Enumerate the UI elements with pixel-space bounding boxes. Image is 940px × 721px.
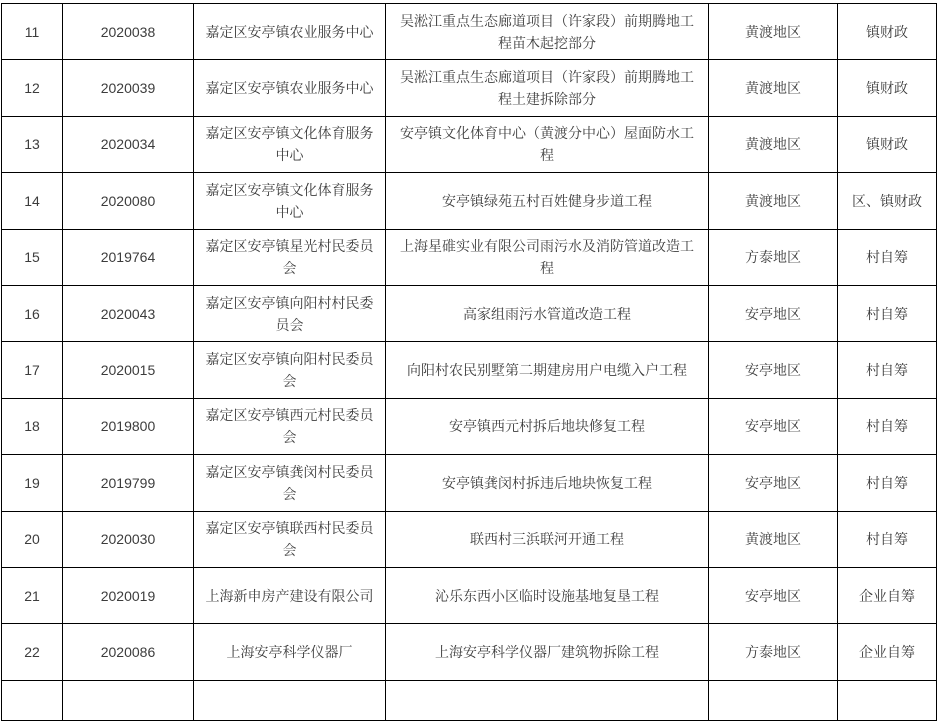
unit-name-cell: 嘉定区安亭镇向阳村民委员会	[194, 342, 386, 398]
project-code-cell: 2020030	[63, 511, 194, 567]
table-row-partial	[2, 680, 937, 684]
funding-source-cell: 企业自筹	[838, 624, 937, 680]
area-cell: 黄渡地区	[709, 60, 838, 116]
project-code-cell: 2020086	[63, 624, 194, 680]
table-row: 142020080嘉定区安亭镇文化体育服务中心安亭镇绿苑五村百姓健身步道工程黄渡…	[2, 173, 937, 229]
table-row: 202020030嘉定区安亭镇联西村民委员会联西村三浜联河开通工程黄渡地区村自筹	[2, 511, 937, 567]
table-row: 212020019上海新申房产建设有限公司沁乐东西小区临时设施基地复垦工程安亭地…	[2, 567, 937, 623]
project-name-cell: 安亭镇绿苑五村百姓健身步道工程	[386, 173, 709, 229]
project-code-cell: 2019799	[63, 455, 194, 511]
project-name-cell: 吴淞江重点生态廊道项目（许家段）前期腾地工程土建拆除部分	[386, 60, 709, 116]
area-cell: 黄渡地区	[709, 173, 838, 229]
project-name-cell: 安亭镇文化体育中心（黄渡分中心）屋面防水工程	[386, 116, 709, 172]
area-cell: 方泰地区	[709, 624, 838, 680]
unit-name-cell: 嘉定区安亭镇龚闵村民委员会	[194, 455, 386, 511]
funding-source-cell: 村自筹	[838, 511, 937, 567]
area-cell: 黄渡地区	[709, 116, 838, 172]
project-name-cell: 吴淞江重点生态廊道项目（许家段）前期腾地工程苗木起挖部分	[386, 4, 709, 60]
project-name-cell: 上海安亭科学仪器厂建筑物拆除工程	[386, 624, 709, 680]
project-code-cell: 2020043	[63, 285, 194, 341]
row-index-cell: 19	[2, 455, 63, 511]
area-cell	[709, 680, 838, 684]
project-code-cell: 2019800	[63, 398, 194, 454]
funding-source-cell: 村自筹	[838, 285, 937, 341]
funding-source-cell: 村自筹	[838, 229, 937, 285]
table-row: 182019800嘉定区安亭镇西元村民委员会安亭镇西元村拆后地块修复工程安亭地区…	[2, 398, 937, 454]
funding-source-cell: 镇财政	[838, 60, 937, 116]
table-row: 172020015嘉定区安亭镇向阳村民委员会向阳村农民别墅第二期建房用户电缆入户…	[2, 342, 937, 398]
unit-name-cell: 嘉定区安亭镇向阳村村民委员会	[194, 285, 386, 341]
project-name-cell: 沁乐东西小区临时设施基地复垦工程	[386, 567, 709, 623]
project-code-cell: 2020039	[63, 60, 194, 116]
unit-name-cell: 嘉定区安亭镇农业服务中心	[194, 60, 386, 116]
projects-table: 112020038嘉定区安亭镇农业服务中心吴淞江重点生态廊道项目（许家段）前期腾…	[1, 3, 937, 684]
funding-source-cell: 镇财政	[838, 4, 937, 60]
unit-name-cell	[194, 680, 386, 684]
row-index-cell	[2, 680, 63, 684]
area-cell: 黄渡地区	[709, 4, 838, 60]
row-index-cell: 11	[2, 4, 63, 60]
row-index-cell: 12	[2, 60, 63, 116]
funding-source-cell	[838, 680, 937, 684]
funding-source-cell: 村自筹	[838, 342, 937, 398]
funding-source-cell: 企业自筹	[838, 567, 937, 623]
area-cell: 安亭地区	[709, 398, 838, 454]
unit-name-cell: 嘉定区安亭镇农业服务中心	[194, 4, 386, 60]
area-cell: 安亭地区	[709, 342, 838, 398]
table-row: 162020043嘉定区安亭镇向阳村村民委员会高家组雨污水管道改造工程安亭地区村…	[2, 285, 937, 341]
table-row: 152019764嘉定区安亭镇星光村民委员会上海星碓实业有限公司雨污水及消防管道…	[2, 229, 937, 285]
table-row: 112020038嘉定区安亭镇农业服务中心吴淞江重点生态廊道项目（许家段）前期腾…	[2, 4, 937, 60]
project-name-cell: 高家组雨污水管道改造工程	[386, 285, 709, 341]
unit-name-cell: 上海新申房产建设有限公司	[194, 567, 386, 623]
table-row: 132020034嘉定区安亭镇文化体育服务中心安亭镇文化体育中心（黄渡分中心）屋…	[2, 116, 937, 172]
area-cell: 方泰地区	[709, 229, 838, 285]
row-index-cell: 15	[2, 229, 63, 285]
table-row: 122020039嘉定区安亭镇农业服务中心吴淞江重点生态廊道项目（许家段）前期腾…	[2, 60, 937, 116]
unit-name-cell: 嘉定区安亭镇西元村民委员会	[194, 398, 386, 454]
projects-table-container: 112020038嘉定区安亭镇农业服务中心吴淞江重点生态廊道项目（许家段）前期腾…	[1, 3, 937, 684]
row-index-cell: 20	[2, 511, 63, 567]
unit-name-cell: 嘉定区安亭镇联西村民委员会	[194, 511, 386, 567]
project-code-cell: 2020019	[63, 567, 194, 623]
row-index-cell: 16	[2, 285, 63, 341]
project-code-cell	[63, 680, 194, 684]
row-index-cell: 13	[2, 116, 63, 172]
row-index-cell: 17	[2, 342, 63, 398]
unit-name-cell: 嘉定区安亭镇文化体育服务中心	[194, 173, 386, 229]
project-name-cell: 安亭镇西元村拆后地块修复工程	[386, 398, 709, 454]
area-cell: 安亭地区	[709, 455, 838, 511]
table-row: 192019799嘉定区安亭镇龚闵村民委员会安亭镇龚闵村拆违后地块恢复工程安亭地…	[2, 455, 937, 511]
project-code-cell: 2019764	[63, 229, 194, 285]
funding-source-cell: 镇财政	[838, 116, 937, 172]
area-cell: 安亭地区	[709, 567, 838, 623]
row-index-cell: 21	[2, 567, 63, 623]
area-cell: 安亭地区	[709, 285, 838, 341]
project-name-cell	[386, 680, 709, 684]
unit-name-cell: 上海安亭科学仪器厂	[194, 624, 386, 680]
row-index-cell: 22	[2, 624, 63, 680]
funding-source-cell: 区、镇财政	[838, 173, 937, 229]
project-name-cell: 向阳村农民别墅第二期建房用户电缆入户工程	[386, 342, 709, 398]
unit-name-cell: 嘉定区安亭镇星光村民委员会	[194, 229, 386, 285]
project-code-cell: 2020034	[63, 116, 194, 172]
funding-source-cell: 村自筹	[838, 455, 937, 511]
projects-table-body: 112020038嘉定区安亭镇农业服务中心吴淞江重点生态廊道项目（许家段）前期腾…	[2, 4, 937, 685]
project-code-cell: 2020080	[63, 173, 194, 229]
project-code-cell: 2020015	[63, 342, 194, 398]
funding-source-cell: 村自筹	[838, 398, 937, 454]
area-cell: 黄渡地区	[709, 511, 838, 567]
project-name-cell: 安亭镇龚闵村拆违后地块恢复工程	[386, 455, 709, 511]
row-index-cell: 18	[2, 398, 63, 454]
project-name-cell: 上海星碓实业有限公司雨污水及消防管道改造工程	[386, 229, 709, 285]
row-index-cell: 14	[2, 173, 63, 229]
project-name-cell: 联西村三浜联河开通工程	[386, 511, 709, 567]
unit-name-cell: 嘉定区安亭镇文化体育服务中心	[194, 116, 386, 172]
table-row: 222020086上海安亭科学仪器厂上海安亭科学仪器厂建筑物拆除工程方泰地区企业…	[2, 624, 937, 680]
project-code-cell: 2020038	[63, 4, 194, 60]
